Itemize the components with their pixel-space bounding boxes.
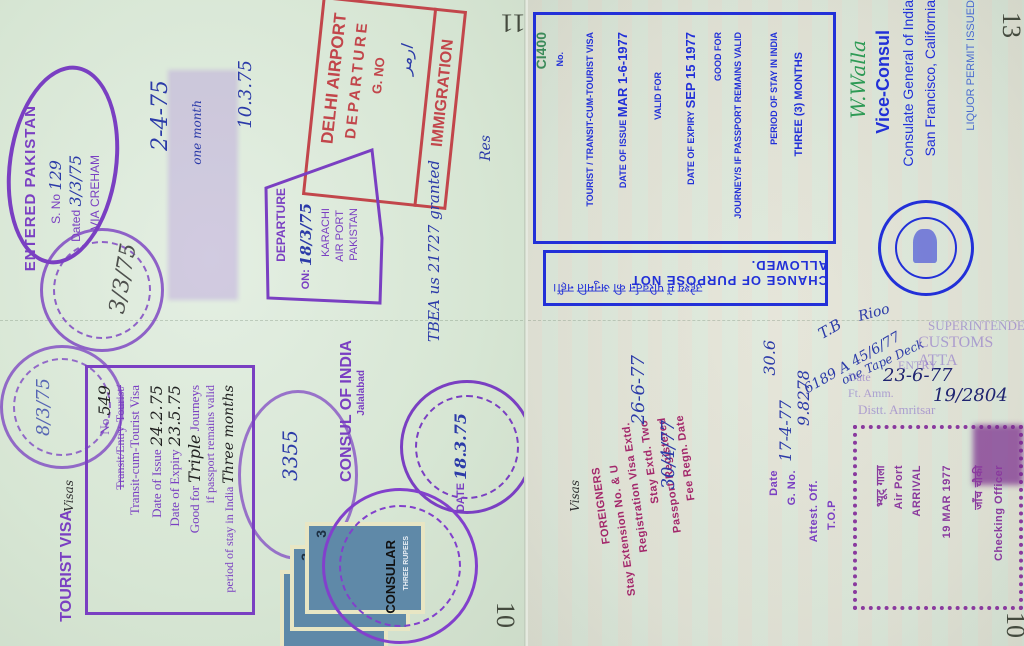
visa-no-value: 549 bbox=[95, 385, 114, 416]
arrival-hindi-top: भ्यूट्‌ गाला bbox=[873, 465, 888, 507]
issue-value: 24.2.75 bbox=[147, 385, 166, 446]
registration-line-4: T.O.P bbox=[826, 500, 838, 530]
visa-no-label: No bbox=[97, 419, 112, 435]
visa-number-label: No. bbox=[555, 52, 565, 67]
arrival-date: 19 MAR 1977 bbox=[941, 465, 953, 538]
arrival-stamp: भ्यूट्‌ गाला Air Port ARRIVAL 19 MAR 197… bbox=[853, 425, 1023, 610]
change-of-purpose-hindi: उद्देश्य में परिवर्तन की अनुमति नहीं। bbox=[553, 280, 702, 297]
tourist-visa-stamp: No 549 Transit/Entry-Tourist/ Transit-cu… bbox=[85, 365, 255, 615]
visa-valid-for-label: VALID FOR bbox=[653, 72, 663, 120]
visa-period-value: THREE (3) MONTHS bbox=[793, 52, 805, 157]
customs-line-5: Ft. Amm. bbox=[848, 386, 894, 401]
customs-stamp: SUPERINTENDENT CUSTOMS ATTA ENTRY Date F… bbox=[838, 310, 1024, 420]
registration-date: 17-4-77 bbox=[776, 400, 795, 462]
on-value: 18/3/75 bbox=[297, 203, 315, 266]
page-number-11: 11 bbox=[500, 8, 525, 38]
delhi-signature: ارمر bbox=[395, 44, 417, 75]
issue-label: Date of Issue bbox=[149, 449, 164, 518]
visa-expiry-value: SEP 15 1977 bbox=[683, 32, 698, 108]
arrival-line1: Air Port bbox=[893, 465, 905, 509]
jalalabad-consulate-seal bbox=[322, 488, 478, 644]
via-value: CREHAM bbox=[88, 155, 102, 207]
visas-label-left: Visas bbox=[62, 480, 76, 512]
period-value: Three months bbox=[221, 385, 237, 484]
arrival-line2: ARRIVAL bbox=[911, 465, 923, 517]
visa-issue-value: MAR 1-6-1977 bbox=[615, 32, 630, 117]
karachi-departure-stamp: DEPARTURE ON: 18/3/75 KARACHI AIR PORT P… bbox=[262, 148, 384, 308]
sno-value: 129 bbox=[46, 160, 65, 191]
visa-issue-label: DATE OF ISSUE bbox=[618, 120, 628, 188]
departure-title: DEPARTURE bbox=[274, 188, 288, 262]
page-number-10: 10 bbox=[490, 602, 520, 628]
liquor-permit-label: LIQUOR PERMIT ISSUED bbox=[965, 0, 977, 131]
page-number-13: 13 bbox=[996, 12, 1024, 38]
on-label: ON: bbox=[300, 269, 312, 289]
consul-place: Jalalabad bbox=[356, 370, 367, 416]
visa-type-line-right: TOURIST / TRANSIT-CUM-TOURIST VISA bbox=[585, 32, 595, 207]
expiry-label: Date of Expiry bbox=[167, 449, 182, 526]
karachi-line3: PAKISTAN bbox=[348, 208, 360, 261]
handwritten-date-2: 10.3.75 bbox=[235, 60, 256, 129]
handwritten-note-one-month: one month bbox=[190, 100, 204, 165]
passport-page-right: CI400 No. TOURIST / TRANSIT-CUM-TOURIST … bbox=[528, 0, 1024, 646]
registration-line-2: G. No. bbox=[786, 470, 798, 505]
validity-line: if passport remains valid bbox=[203, 385, 218, 503]
permitted-date-left: 8/3/75 bbox=[33, 378, 54, 436]
karachi-line1: KARACHI bbox=[320, 208, 332, 257]
india-visa-stamp: CI400 No. TOURIST / TRANSIT-CUM-TOURIST … bbox=[533, 12, 836, 244]
journeys-label: Journeys bbox=[187, 385, 202, 431]
consulate-line2: San Francisco, California bbox=[922, 0, 938, 156]
good-for-label: Good for bbox=[187, 486, 202, 533]
vice-consul-signature: W.Walla bbox=[846, 40, 870, 119]
vice-consul-title: Vice-Consul bbox=[873, 30, 894, 134]
entered-pakistan-title: ENTERED PAKISTAN bbox=[22, 105, 39, 271]
visa-struck-line: Transit/Entry-Tourist/ bbox=[113, 385, 128, 490]
consulate-line1: Consulate General of India bbox=[900, 0, 916, 167]
dated-value: 3/3/75 bbox=[66, 155, 85, 207]
customs-line-4: Date bbox=[848, 370, 871, 385]
karachi-line2: AIR PORT bbox=[334, 210, 346, 262]
handwritten-date-1: 2-4-75 bbox=[148, 80, 173, 151]
handwritten-res: Res bbox=[478, 135, 494, 161]
customs-line-3: ENTRY bbox=[898, 358, 937, 373]
permitted-date-right: 18.3.75 bbox=[451, 413, 470, 480]
consul-of-india-title: CONSUL OF INDIA bbox=[338, 340, 356, 482]
registration-note: 30.6 bbox=[760, 340, 779, 376]
customs-line-6: Distt. Amritsar bbox=[858, 402, 935, 418]
handwritten-tbea: TBEA us 21727 granted bbox=[425, 160, 443, 342]
good-for-value: Triple bbox=[185, 434, 204, 482]
visa-period-label: PERIOD OF STAY IN INDIA bbox=[769, 32, 779, 145]
customs-line-1: SUPERINTENDENT bbox=[928, 318, 1024, 334]
permitted-date-label: DATE bbox=[455, 483, 467, 512]
period-label: period of stay in India bbox=[222, 487, 236, 593]
passport-page-left: ENTERED PAKISTAN S. No 129 Dated 3/3/75 … bbox=[0, 0, 528, 646]
permitted-to-land-stamp-top: 3/3/75 bbox=[40, 228, 164, 352]
lion-capital-emblem-icon bbox=[913, 229, 937, 263]
page-number-10-right: 10 bbox=[1000, 612, 1024, 638]
registration-line-1: Date bbox=[768, 470, 780, 496]
visas-label-right: Visas bbox=[568, 480, 582, 512]
change-of-purpose-stamp: CHANGE OF PURPOSE NOT ALLOWED. उद्देश्य … bbox=[543, 250, 828, 306]
magenta-handwritten-date: 26-6-77 bbox=[628, 355, 649, 424]
expiry-value: 23.5.75 bbox=[165, 385, 184, 446]
visa-good-for: GOOD FOR bbox=[713, 32, 723, 81]
consulate-general-seal bbox=[878, 200, 974, 296]
visa-type-line: Transit-cum-Tourist Visa bbox=[127, 385, 143, 515]
sno-label: S. No bbox=[49, 194, 63, 224]
consul-handwritten: 3355 bbox=[278, 430, 302, 481]
visa-number-value: CI400 bbox=[533, 32, 549, 69]
registration-line-3: Attest. Off. bbox=[808, 480, 820, 542]
arrival-checking-officer: Checking Officer bbox=[993, 465, 1005, 561]
visa-journeys: JOURNEY/S IF PASSPORT REMAINS VALID bbox=[733, 32, 743, 219]
via-label: VIA bbox=[88, 210, 102, 229]
arrival-hindi-bottom: जाँच चौकी bbox=[971, 465, 986, 510]
visa-expiry-label: DATE OF EXPIRY bbox=[686, 111, 696, 185]
tourist-visa-header: TOURIST VISA bbox=[58, 510, 76, 622]
magenta-handwritten-signature: 30/4/77 bbox=[658, 420, 679, 489]
